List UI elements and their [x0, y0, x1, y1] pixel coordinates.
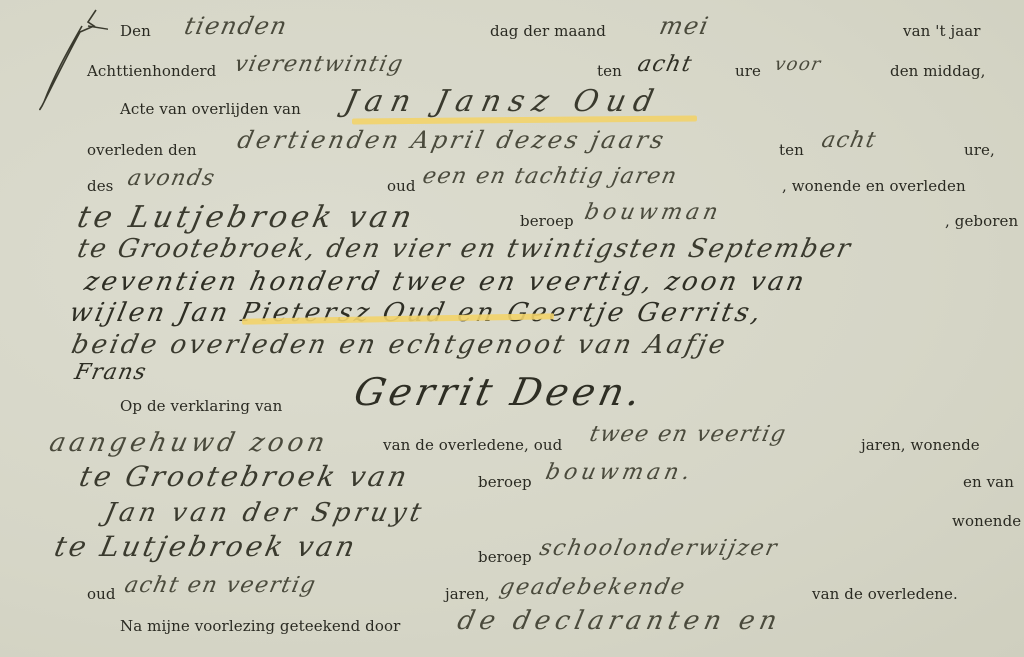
handwritten-hour: acht	[635, 52, 695, 77]
printed-acte: Acte van overlijden van	[120, 100, 301, 118]
handwritten-age-1: twee en veertig	[587, 422, 789, 447]
handwritten-deceased-name: Jan Jansz Oud	[341, 84, 664, 119]
printed-dag-der-maand: dag der maand	[490, 22, 606, 40]
printed-ten-2: ten	[779, 141, 804, 159]
printed-wonende-overleden: , wonende en overleden	[782, 177, 966, 195]
printed-van-de-overledene: van de overledene.	[812, 585, 958, 603]
handwritten-parents: wijlen Jan Pietersz Oud en Geertje Gerri…	[67, 298, 766, 328]
handwritten-evening: avonds	[125, 166, 218, 191]
printed-ten: ten	[597, 62, 622, 80]
handwritten-month: mei	[657, 12, 712, 40]
printed-na-mijne-voorlezing: Na mijne voorlezing geteekend door	[120, 617, 400, 635]
printed-oud-2: oud	[87, 585, 116, 603]
handwritten-day: tienden	[182, 12, 290, 40]
printed-van-t-jaar: van 't jaar	[903, 22, 981, 40]
death-certificate-page: Den tienden dag der maand mei van 't jaa…	[0, 0, 1024, 657]
handwritten-spouse: beide overleden en echtgenoot van Aafje	[69, 330, 731, 360]
handwritten-before: voor	[773, 54, 824, 75]
printed-overleden-den: overleden den	[87, 141, 197, 159]
printed-ure: ure	[735, 62, 761, 80]
handwritten-residence-1: te Grootebroek van	[76, 460, 412, 493]
handwritten-relation-2: geadebekende	[497, 575, 688, 600]
handwritten-residence: te Lutjebroek van	[74, 200, 418, 235]
handwritten-occupation-2: schoolonderwijzer	[537, 536, 780, 561]
handwritten-birth-place: te Grootebroek, den vier en twintigsten …	[75, 234, 855, 264]
printed-beroep-3: beroep	[478, 548, 532, 566]
printed-wonende: wonende	[952, 512, 1021, 530]
printed-den-middag: den middag,	[890, 62, 986, 80]
handwritten-occupation-1: bouwman.	[543, 460, 696, 485]
handwritten-residence-2: te Lutjebroek van	[51, 530, 360, 563]
handwritten-declarant-1: Gerrit Deen.	[350, 370, 648, 414]
handwritten-year: vierentwintig	[232, 52, 406, 77]
handwritten-signed-by: de declaranten en	[455, 606, 785, 636]
handwritten-spouse-last: Frans	[72, 360, 149, 385]
printed-geboren: , geboren	[945, 212, 1018, 230]
margin-number-7	[18, 4, 108, 114]
printed-op-de-verklaring: Op de verklaring van	[120, 397, 282, 415]
printed-ure-2: ure,	[964, 141, 995, 159]
handwritten-declarant-2: Jan van der Spruyt	[102, 498, 428, 528]
printed-jaren-wonende: jaren, wonende	[861, 436, 980, 454]
printed-beroep-2: beroep	[478, 473, 532, 491]
printed-achttienhonderd: Achttienhonderd	[87, 62, 216, 80]
printed-den: Den	[120, 22, 151, 40]
handwritten-occupation: bouwman	[582, 200, 724, 225]
handwritten-death-hour: acht	[819, 128, 879, 153]
handwritten-relation-1: aangehuwd zoon	[47, 428, 332, 458]
printed-beroep: beroep	[520, 212, 574, 230]
printed-des: des	[87, 177, 113, 195]
printed-jaren: jaren,	[445, 585, 490, 603]
handwritten-age: een en tachtig jaren	[420, 164, 680, 189]
printed-en-van: en van	[963, 473, 1014, 491]
handwritten-death-date: dertienden April dezes jaars	[235, 126, 669, 154]
printed-van-de-overledene-oud: van de overledene, oud	[383, 436, 562, 454]
printed-oud: oud	[387, 177, 416, 195]
handwritten-age-2: acht en veertig	[122, 573, 318, 598]
handwritten-birth-year: zeventien honderd twee en veertig, zoon …	[82, 267, 810, 297]
